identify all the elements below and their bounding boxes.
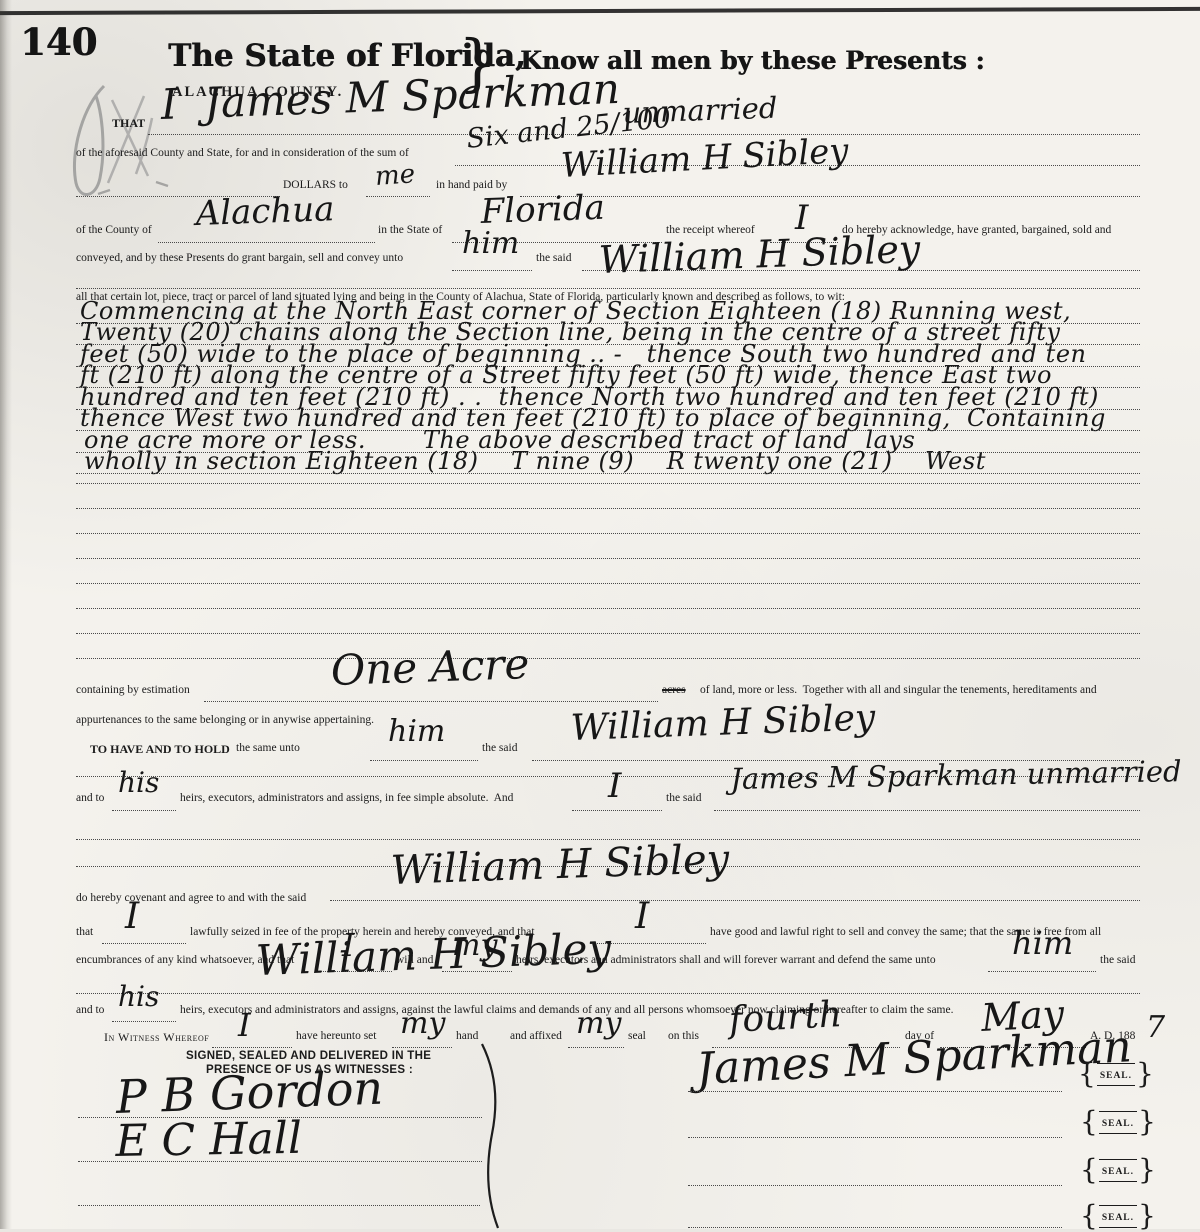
ruled-line	[688, 1136, 1062, 1138]
seal-left-brace: {	[1080, 1108, 1098, 1136]
seal-label: SEAL.	[1102, 1167, 1134, 1177]
appurtenances-label: appurtenances to the same belonging or i…	[76, 714, 374, 726]
seal-right-brace: }	[1138, 1108, 1156, 1136]
ruled-line	[76, 582, 1140, 584]
ruled-line	[76, 507, 1140, 509]
page-number: 140	[20, 20, 97, 64]
ruled-line	[572, 809, 662, 811]
grantee-name-handwriting: William H Sibley	[390, 836, 730, 894]
ruled-line	[568, 1046, 624, 1048]
his-handwriting: his	[118, 980, 159, 1013]
ruled-line	[452, 269, 532, 271]
ruled-line	[78, 1160, 482, 1162]
ruled-line	[366, 195, 430, 197]
seal-right-brace: }	[1138, 1202, 1156, 1229]
ruled-line	[76, 992, 1140, 994]
state-of-label: in the State of	[378, 224, 442, 236]
hereunto-label: have hereunto set	[296, 1030, 376, 1042]
estimate-handwriting: One Acre	[330, 639, 530, 695]
me-handwriting: me	[374, 159, 416, 192]
conveyed-label: conveyed, and by these Presents do grant…	[76, 252, 403, 264]
that-small-label: that	[76, 926, 93, 938]
the-said-label: the said	[666, 792, 701, 804]
seal-word-label: seal	[628, 1030, 646, 1042]
to-have-label: TO HAVE AND TO HOLD	[90, 742, 230, 757]
and-to-label: and to	[76, 792, 104, 804]
ruled-line	[158, 241, 375, 243]
i-handwriting: I	[608, 766, 621, 806]
ruled-line	[76, 557, 1140, 559]
ruled-line	[112, 809, 176, 811]
the-said-label: the said	[482, 742, 517, 754]
seal-left-brace: {	[1078, 1060, 1096, 1088]
consideration-label: of the aforesaid County and State, for a…	[76, 147, 409, 159]
him-handwriting: him	[462, 226, 519, 261]
affixed-label: and affixed	[510, 1030, 562, 1042]
acres-struck-label: acres	[662, 684, 686, 696]
grantor-full-handwriting: James M Sparkman unmarried	[730, 754, 1182, 796]
grantee-name-handwriting: William H Sibley	[598, 227, 921, 282]
seal-badge: {SEAL.}	[1078, 1060, 1154, 1088]
ruled-line	[688, 1226, 1062, 1228]
seal-label: SEAL.	[1102, 1213, 1134, 1223]
ruled-line	[520, 195, 1140, 197]
ruled-line	[78, 1204, 480, 1206]
hand-label: hand	[456, 1030, 478, 1042]
covenant-label: do hereby covenant and agree to and with…	[76, 892, 306, 904]
ruled-line	[112, 1020, 176, 1022]
ruled-line	[76, 532, 1140, 534]
heirs-simple-label: heirs, executors, administrators and ass…	[180, 792, 513, 804]
ruled-line	[76, 657, 1140, 659]
seal-left-brace: {	[1080, 1202, 1098, 1229]
ruled-line	[714, 809, 1140, 811]
ruled-line	[330, 899, 1140, 901]
ruled-line	[392, 1046, 452, 1048]
deed-document-page: 140 The State of Florida, ALACHUA COUNTY…	[0, 0, 1200, 1229]
ruled-line	[76, 632, 1140, 634]
county-handwriting: Alachua	[195, 189, 335, 234]
seal-box: SEAL.	[1099, 1159, 1137, 1182]
i-handwriting: I	[635, 896, 649, 937]
ruled-line	[988, 970, 1096, 972]
seal-label: SEAL.	[1100, 1071, 1132, 1081]
witness-whereof-label: In Witness Whereof	[104, 1030, 209, 1045]
on-this-label: on this	[668, 1030, 699, 1042]
i-handwriting: I	[238, 1006, 251, 1044]
seal-badge: {SEAL.}	[1080, 1156, 1156, 1184]
scan-left-edge	[0, 0, 12, 1229]
signed-sealed-line1: SIGNED, SEALED AND DELIVERED IN THE	[186, 1050, 431, 1062]
ruled-line	[212, 1046, 292, 1048]
the-said-label: the said	[1100, 954, 1135, 966]
seal-label: SEAL.	[1102, 1119, 1134, 1129]
his-handwriting: his	[118, 766, 159, 799]
ruled-line	[688, 1184, 1062, 1186]
ruled-line	[204, 700, 658, 702]
my-handwriting: my	[400, 1006, 445, 1041]
ruled-line	[76, 482, 1140, 484]
seal-badge: {SEAL.}	[1080, 1202, 1156, 1229]
seal-left-brace: {	[1080, 1156, 1098, 1184]
witness2-signature: E C Hall	[115, 1113, 302, 1167]
him-handwriting: him	[388, 714, 445, 749]
seal-right-brace: }	[1138, 1156, 1156, 1184]
seal-right-brace: }	[1136, 1060, 1154, 1088]
containing-label: containing by estimation	[76, 684, 190, 696]
ruled-line	[688, 1090, 1062, 1092]
my-handwriting: my	[576, 1006, 621, 1041]
ruled-line	[76, 472, 1140, 474]
ruled-line	[102, 942, 186, 944]
ruled-line	[76, 287, 1140, 289]
county-of-label: of the County of	[76, 224, 152, 236]
him-handwriting: him	[1012, 924, 1073, 962]
paid-by-label: in hand paid by	[436, 179, 507, 191]
seal-badge: {SEAL.}	[1080, 1108, 1156, 1136]
and-to-label: and to	[76, 1004, 104, 1016]
ruled-line	[370, 759, 478, 761]
same-unto-label: the same unto	[236, 742, 300, 754]
seal-box: SEAL.	[1099, 1205, 1137, 1228]
description-line: wholly in section Eighteen (18) T nine (…	[84, 447, 986, 475]
ruled-line	[76, 607, 1140, 609]
seal-box: SEAL.	[1099, 1111, 1137, 1134]
year-digit-handwriting: 7	[1146, 1010, 1165, 1045]
the-said-label: the said	[536, 252, 571, 264]
grantee-name-handwriting: William H Sibley	[570, 697, 876, 749]
that-label: THAT	[112, 116, 145, 131]
i-handwriting: I	[125, 896, 139, 937]
witness-brace	[476, 1042, 506, 1229]
seal-box: SEAL.	[1097, 1063, 1135, 1086]
day-handwriting: fourth	[728, 994, 843, 1041]
acres-rest-label: of land, more or less. Together with all…	[700, 684, 1097, 696]
scan-top-edge	[0, 7, 1200, 15]
